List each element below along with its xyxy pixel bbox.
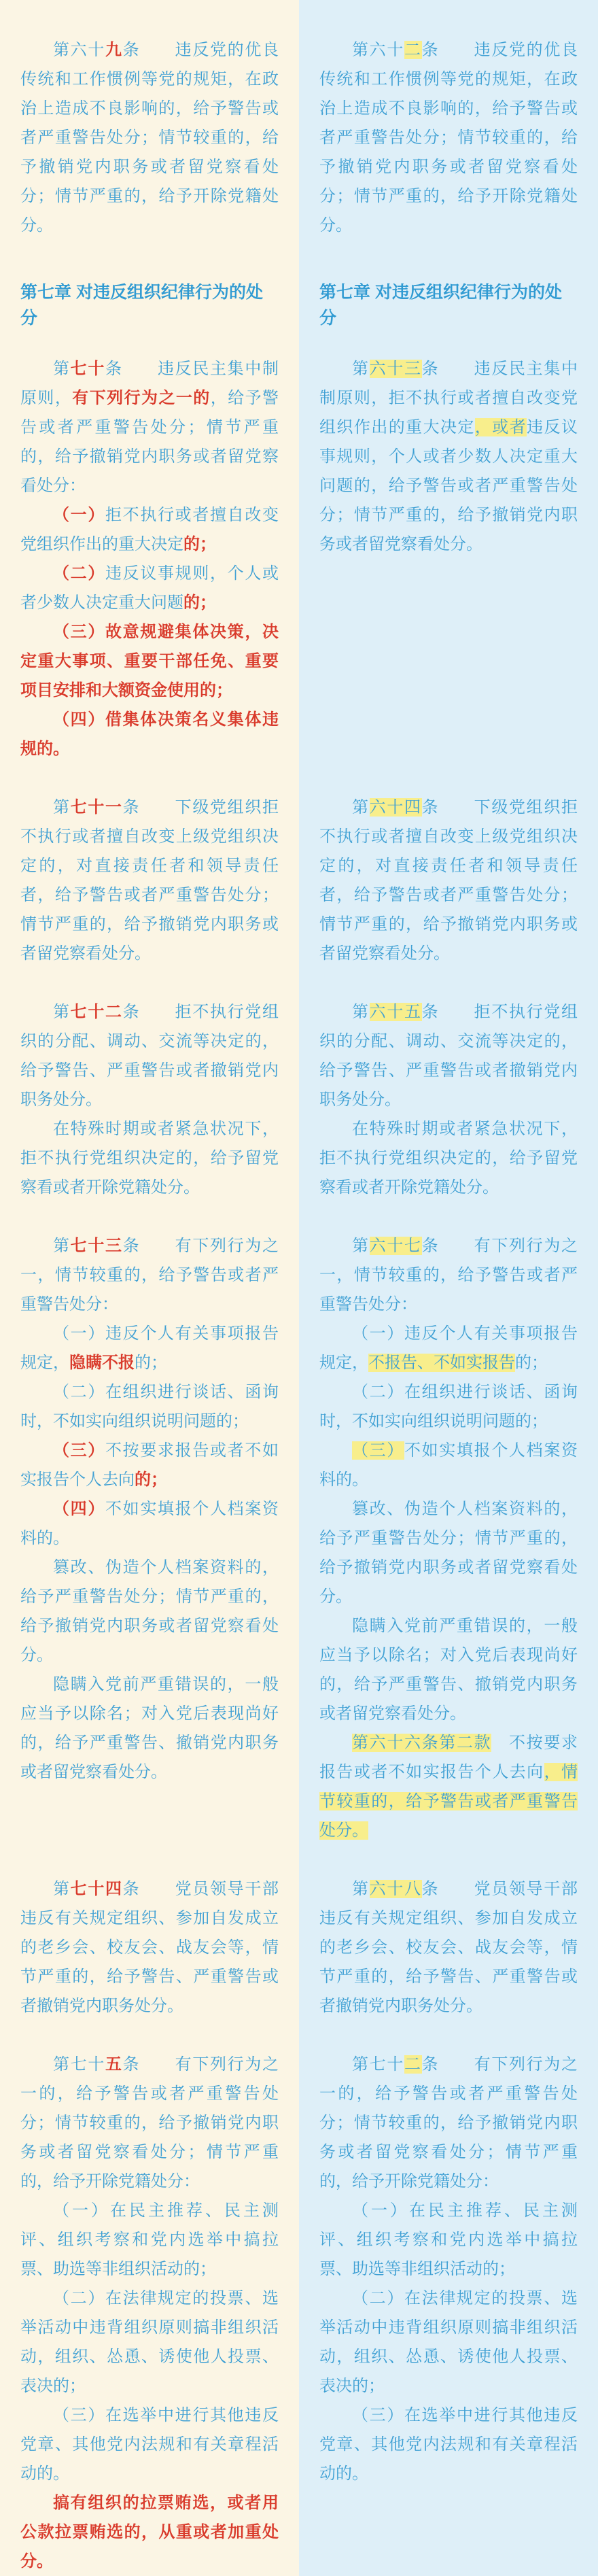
text-run: 第 — [352, 1237, 370, 1255]
emphasis-run: （四）借集体决策名义集体违规的。 — [20, 710, 279, 758]
comparison-row: 第七十三条 有下列行为之一，情节较重的，给予警告或者严重警告处分：（一）违反个人… — [0, 1202, 598, 1845]
regulation-comparison-page: 第六十九条 违反党的优良传统和工作惯例等党的规矩，在政治上造成不良影响的，给予警… — [0, 0, 598, 2576]
text-run: 第七十 — [352, 2055, 404, 2074]
highlight-run: （三） — [352, 1441, 404, 1460]
article-paragraph: 隐瞒入党前严重错误的，一般应当予以除名；对入党后表现尚好的，给予严重警告、撤销党… — [20, 1670, 279, 1787]
old-version-cell: 第七十三条 有下列行为之一，情节较重的，给予警告或者严重警告处分：（一）违反个人… — [0, 1202, 299, 1845]
text-run: （二）在组织进行谈话、函询时，不如实向组织说明问题的； — [319, 1383, 578, 1430]
text-run: 在特殊时期或者紧急状况下，拒不执行党组织决定的，给予留党察看或者开除党籍处分。 — [20, 1120, 279, 1197]
article-paragraph: （四）不如实填报个人档案资料的。 — [20, 1494, 279, 1553]
article-paragraph: 在特殊时期或者紧急状况下，拒不执行党组织决定的，给予留党察看或者开除党籍处分。 — [319, 1114, 578, 1202]
article-paragraph: （三）在选举中进行其他违反党章、其他党内法规和有关章程活动的。 — [20, 2401, 279, 2488]
article-paragraph: 第七十五条 有下列行为之一的，给予警告或者严重警告处分；情节较重的，给予撤销党内… — [20, 2050, 279, 2196]
new-version-cell: 第六十八条 党员领导干部违反有关规定组织、参加自发成立的老乡会、校友会、战友会等… — [299, 1845, 598, 2021]
text-run: 隐瞒入党前严重错误的，一般应当予以除名；对入党后表现尚好的，给予严重警告、撤销党… — [20, 1675, 279, 1781]
old-version-cell: 第六十九条 违反党的优良传统和工作惯例等党的规矩，在政治上造成不良影响的，给予警… — [0, 0, 299, 240]
article-paragraph: 在特殊时期或者紧急状况下，拒不执行党组织决定的，给予留党察看或者开除党籍处分。 — [20, 1114, 279, 1202]
new-version-cell: 第七十二条 有下列行为之一的，给予警告或者严重警告处分；情节较重的，给予撤销党内… — [299, 2021, 598, 2576]
highlight-run: 六十四 — [370, 798, 422, 817]
new-version-cell: 第六十七条 有下列行为之一，情节较重的，给予警告或者严重警告处分：（一）违反个人… — [299, 1202, 598, 1845]
text-run: 的； — [515, 1354, 548, 1372]
emphasis-run: 七十二 — [71, 1003, 123, 1021]
text-run: 第 — [352, 1003, 370, 1021]
comparison-row: 第七十条 违反民主集中制原则，有下列行为之一的，给予警告或者严重警告处分；情节严… — [0, 334, 598, 763]
article-paragraph: 搞有组织的拉票贿选，或者用公款拉票贿选的，从重或者加重处分。 — [20, 2488, 279, 2576]
text-run: 条 违反党的优良传统和工作惯例等党的规矩，在政治上造成不良影响的，给予警告或者严… — [319, 41, 578, 235]
article-paragraph: 第六十五条 拒不执行党组织的分配、调动、交流等决定的，给予警告、严重警告或者撤销… — [319, 997, 578, 1114]
text-run: 条 下级党组织拒不执行或者擅自改变上级党组织决定的，对直接责任者和领导责任者，给… — [319, 798, 578, 963]
emphasis-run: 的； — [135, 1471, 167, 1489]
text-run: 第 — [53, 360, 71, 378]
article-paragraph: （二）在组织进行谈话、函询时，不如实向组织说明问题的； — [319, 1377, 578, 1436]
emphasis-run: （一） — [53, 506, 105, 524]
article-paragraph: （二）在法律规定的投票、选举活动中违背组织原则搞非组织活动，组织、怂恿、诱使他人… — [20, 2284, 279, 2401]
article-paragraph: 第六十四条 下级党组织拒不执行或者擅自改变上级党组织决定的，对直接责任者和领导责… — [319, 793, 578, 968]
old-version-cell: 第七十条 违反民主集中制原则，有下列行为之一的，给予警告或者严重警告处分；情节严… — [0, 334, 299, 763]
comparison-row: 第七十二条 拒不执行党组织的分配、调动、交流等决定的，给予警告、严重警告或者撤销… — [0, 968, 598, 1202]
article-paragraph: （一）违反个人有关事项报告规定，隐瞒不报的； — [20, 1319, 279, 1377]
comparison-row: 第六十九条 违反党的优良传统和工作惯例等党的规矩，在政治上造成不良影响的，给予警… — [0, 0, 598, 240]
emphasis-run: 有下列行为之一的 — [72, 389, 210, 407]
article-paragraph: （三）在选举中进行其他违反党章、其他党内法规和有关章程活动的。 — [319, 2401, 578, 2488]
emphasis-run: 七十三 — [71, 1237, 123, 1255]
article-paragraph: 第六十八条 党员领导干部违反有关规定组织、参加自发成立的老乡会、校友会、战友会等… — [319, 1874, 578, 2021]
highlight-run: 六十七 — [370, 1237, 422, 1255]
highlight-run: 不报告、不如实报告 — [368, 1354, 515, 1372]
highlight-run: 六十三 — [370, 360, 422, 378]
text-run: 第 — [53, 1880, 71, 1898]
article-paragraph: 第六十九条 违反党的优良传统和工作惯例等党的规矩，在政治上造成不良影响的，给予警… — [20, 35, 279, 240]
article-paragraph: （一）拒不执行或者擅自改变党组织作出的重大决定的； — [20, 500, 279, 559]
text-run: 第 — [352, 1880, 370, 1898]
article-paragraph: 第六十三条 违反民主集中制原则，拒不执行或者擅自改变党组织作出的重大决定，或者违… — [319, 354, 578, 559]
article-paragraph: 篡改、伪造个人档案资料的，给予严重警告处分；情节严重的，给予撤销党内职务或者留党… — [319, 1494, 578, 1611]
chapter-heading: 第七章 对违反组织纪律行为的处分 — [319, 279, 578, 331]
new-version-cell: 第六十五条 拒不执行党组织的分配、调动、交流等决定的，给予警告、严重警告或者撤销… — [299, 968, 598, 1202]
emphasis-run: （三）故意规避集体决策，决定重大事项、重要干部任免、重要项目安排和大额资金使用的… — [20, 623, 279, 700]
article-paragraph: （三）不如实填报个人档案资料的。 — [319, 1436, 578, 1494]
article-paragraph: 第七十四条 党员领导干部违反有关规定组织、参加自发成立的老乡会、校友会、战友会等… — [20, 1874, 279, 2021]
text-run: 条 下级党组织拒不执行或者擅自改变上级党组织决定的，对直接责任者和领导责任者，给… — [20, 798, 279, 963]
text-run: 在特殊时期或者紧急状况下，拒不执行党组织决定的，给予留党察看或者开除党籍处分。 — [319, 1120, 578, 1197]
emphasis-run: 七十一 — [71, 798, 123, 817]
old-version-cell: 第七章 对违反组织纪律行为的处分 — [0, 240, 299, 334]
new-version-cell: 第六十四条 下级党组织拒不执行或者擅自改变上级党组织决定的，对直接责任者和领导责… — [299, 763, 598, 968]
emphasis-run: 七十 — [71, 360, 105, 378]
text-run: （三）在选举中进行其他违反党章、其他党内法规和有关章程活动的。 — [319, 2406, 578, 2483]
old-version-cell: 第七十四条 党员领导干部违反有关规定组织、参加自发成立的老乡会、校友会、战友会等… — [0, 1845, 299, 2021]
article-paragraph: 篡改、伪造个人档案资料的，给予严重警告处分；情节严重的，给予撤销党内职务或者留党… — [20, 1553, 279, 1670]
article-paragraph: 第六十七条 有下列行为之一，情节较重的，给予警告或者严重警告处分： — [319, 1231, 578, 1319]
article-paragraph: （三）故意规避集体决策，决定重大事项、重要干部任免、重要项目安排和大额资金使用的… — [20, 617, 279, 705]
emphasis-run: 七十四 — [71, 1880, 123, 1898]
text-run: 条 有下列行为之一的，给予警告或者严重警告处分；情节较重的，给予撤销党内职务或者… — [20, 2055, 279, 2191]
text-run: 条 有下列行为之一的，给予警告或者严重警告处分；情节较重的，给予撤销党内职务或者… — [319, 2055, 578, 2191]
article-paragraph: 第七十条 违反民主集中制原则，有下列行为之一的，给予警告或者严重警告处分；情节严… — [20, 354, 279, 500]
article-paragraph: 第七十三条 有下列行为之一，情节较重的，给予警告或者严重警告处分： — [20, 1231, 279, 1319]
text-run: （一）在民主推荐、民主测评、组织考察和党内选举中搞拉票、助选等非组织活动的； — [319, 2201, 578, 2278]
text-run: 第 — [53, 1003, 71, 1021]
article-paragraph: 第七十二条 有下列行为之一的，给予警告或者严重警告处分；情节较重的，给予撤销党内… — [319, 2050, 578, 2196]
emphasis-run: （四） — [53, 1500, 105, 1518]
text-run: （二）在法律规定的投票、选举活动中违背组织原则搞非组织活动，组织、怂恿、诱使他人… — [319, 2289, 578, 2395]
chapter-heading: 第七章 对违反组织纪律行为的处分 — [20, 279, 279, 331]
text-run: 条 违反党的优良传统和工作惯例等党的规矩，在政治上造成不良影响的，给予警告或者严… — [20, 41, 279, 235]
emphasis-run: 九 — [105, 41, 123, 59]
comparison-row: 第七十一条 下级党组织拒不执行或者擅自改变上级党组织决定的，对直接责任者和领导责… — [0, 763, 598, 968]
comparison-row: 第七十四条 党员领导干部违反有关规定组织、参加自发成立的老乡会、校友会、战友会等… — [0, 1845, 598, 2021]
old-version-cell: 第七十二条 拒不执行党组织的分配、调动、交流等决定的，给予警告、严重警告或者撤销… — [0, 968, 299, 1202]
highlight-run: ，或者 — [475, 418, 527, 436]
article-paragraph: 第六十六条第二款 不按要求报告或者不如实报告个人去向，情节较重的，给予警告或者严… — [319, 1728, 578, 1845]
article-paragraph: （一）在民主推荐、民主测评、组织考察和党内选举中搞拉票、助选等非组织活动的； — [20, 2196, 279, 2284]
emphasis-run: 隐瞒不报 — [69, 1354, 135, 1372]
text-run: （三）在选举中进行其他违反党章、其他党内法规和有关章程活动的。 — [20, 2406, 279, 2483]
article-paragraph: （四）借集体决策名义集体违规的。 — [20, 705, 279, 763]
emphasis-run: （二） — [53, 564, 105, 583]
new-version-cell: 第七章 对违反组织纪律行为的处分 — [299, 240, 598, 334]
comparison-grid: 第六十九条 违反党的优良传统和工作惯例等党的规矩，在政治上造成不良影响的，给予警… — [0, 0, 598, 2576]
text-run: 第六十 — [352, 41, 404, 59]
article-paragraph: 第六十二条 违反党的优良传统和工作惯例等党的规矩，在政治上造成不良影响的，给予警… — [319, 35, 578, 240]
text-run: 条 党员领导干部违反有关规定组织、参加自发成立的老乡会、校友会、战友会等，情节严… — [20, 1880, 279, 2015]
article-paragraph: 隐瞒入党前严重错误的，一般应当予以除名；对入党后表现尚好的，给予严重警告、撤销党… — [319, 1611, 578, 1728]
text-run: 第 — [352, 798, 370, 817]
comparison-row: 第七十五条 有下列行为之一的，给予警告或者严重警告处分；情节较重的，给予撤销党内… — [0, 2021, 598, 2576]
text-run: 违反议事规则，个人或者少数人决定重大问题的，给予警告或者严重警告处分；情节严重的… — [319, 418, 578, 553]
old-version-cell: 第七十一条 下级党组织拒不执行或者擅自改变上级党组织决定的，对直接责任者和领导责… — [0, 763, 299, 968]
emphasis-run: （三） — [53, 1441, 105, 1460]
emphasis-run: 的； — [183, 594, 216, 612]
emphasis-run: 的； — [183, 535, 216, 553]
article-paragraph: （三）不按要求报告或者不如实报告个人去向的； — [20, 1436, 279, 1494]
text-run: 第七十 — [53, 2055, 105, 2074]
text-run: 第 — [352, 360, 370, 378]
text-run: 第 — [53, 1237, 71, 1255]
highlight-run: 第六十六条第二款 — [352, 1734, 491, 1752]
new-version-cell: 第六十二条 违反党的优良传统和工作惯例等党的规矩，在政治上造成不良影响的，给予警… — [299, 0, 598, 240]
text-run: 条 党员领导干部违反有关规定组织、参加自发成立的老乡会、校友会、战友会等，情节严… — [319, 1880, 578, 2015]
article-paragraph: （二）违反议事规则，个人或者少数人决定重大问题的； — [20, 559, 279, 617]
text-run: 的； — [135, 1354, 167, 1372]
new-version-cell: 第六十三条 违反民主集中制原则，拒不执行或者擅自改变党组织作出的重大决定，或者违… — [299, 334, 598, 763]
article-paragraph: 第七十一条 下级党组织拒不执行或者擅自改变上级党组织决定的，对直接责任者和领导责… — [20, 793, 279, 968]
article-paragraph: （一）在民主推荐、民主测评、组织考察和党内选举中搞拉票、助选等非组织活动的； — [319, 2196, 578, 2284]
text-run: （二）在法律规定的投票、选举活动中违背组织原则搞非组织活动，组织、怂恿、诱使他人… — [20, 2289, 279, 2395]
text-run: （一）在民主推荐、民主测评、组织考察和党内选举中搞拉票、助选等非组织活动的； — [20, 2201, 279, 2278]
highlight-run: 六十八 — [370, 1880, 422, 1898]
text-run: 第 — [53, 798, 71, 817]
highlight-run: 二 — [404, 41, 422, 59]
emphasis-run: 五 — [105, 2055, 123, 2074]
text-run: 篡改、伪造个人档案资料的，给予严重警告处分；情节严重的，给予撤销党内职务或者留党… — [20, 1558, 279, 1664]
text-run: （二）在组织进行谈话、函询时，不如实向组织说明问题的； — [20, 1383, 279, 1430]
article-paragraph: 第七十二条 拒不执行党组织的分配、调动、交流等决定的，给予警告、严重警告或者撤销… — [20, 997, 279, 1114]
comparison-row: 第七章 对违反组织纪律行为的处分第七章 对违反组织纪律行为的处分 — [0, 240, 598, 334]
article-paragraph: （二）在法律规定的投票、选举活动中违背组织原则搞非组织活动，组织、怂恿、诱使他人… — [319, 2284, 578, 2401]
text-run: 隐瞒入党前严重错误的，一般应当予以除名；对入党后表现尚好的，给予严重警告、撤销党… — [319, 1617, 578, 1723]
text-run: 篡改、伪造个人档案资料的，给予严重警告处分；情节严重的，给予撤销党内职务或者留党… — [319, 1500, 578, 1606]
article-paragraph: （二）在组织进行谈话、函询时，不如实向组织说明问题的； — [20, 1377, 279, 1436]
old-version-cell: 第七十五条 有下列行为之一的，给予警告或者严重警告处分；情节较重的，给予撤销党内… — [0, 2021, 299, 2576]
article-paragraph: （一）违反个人有关事项报告规定，不报告、不如实报告的； — [319, 1319, 578, 1377]
highlight-run: 六十五 — [370, 1003, 422, 1021]
text-run: 第六十 — [53, 41, 105, 59]
highlight-run: 二 — [404, 2055, 422, 2074]
emphasis-run: 搞有组织的拉票贿选，或者用公款拉票贿选的，从重或者加重处分。 — [20, 2494, 279, 2571]
